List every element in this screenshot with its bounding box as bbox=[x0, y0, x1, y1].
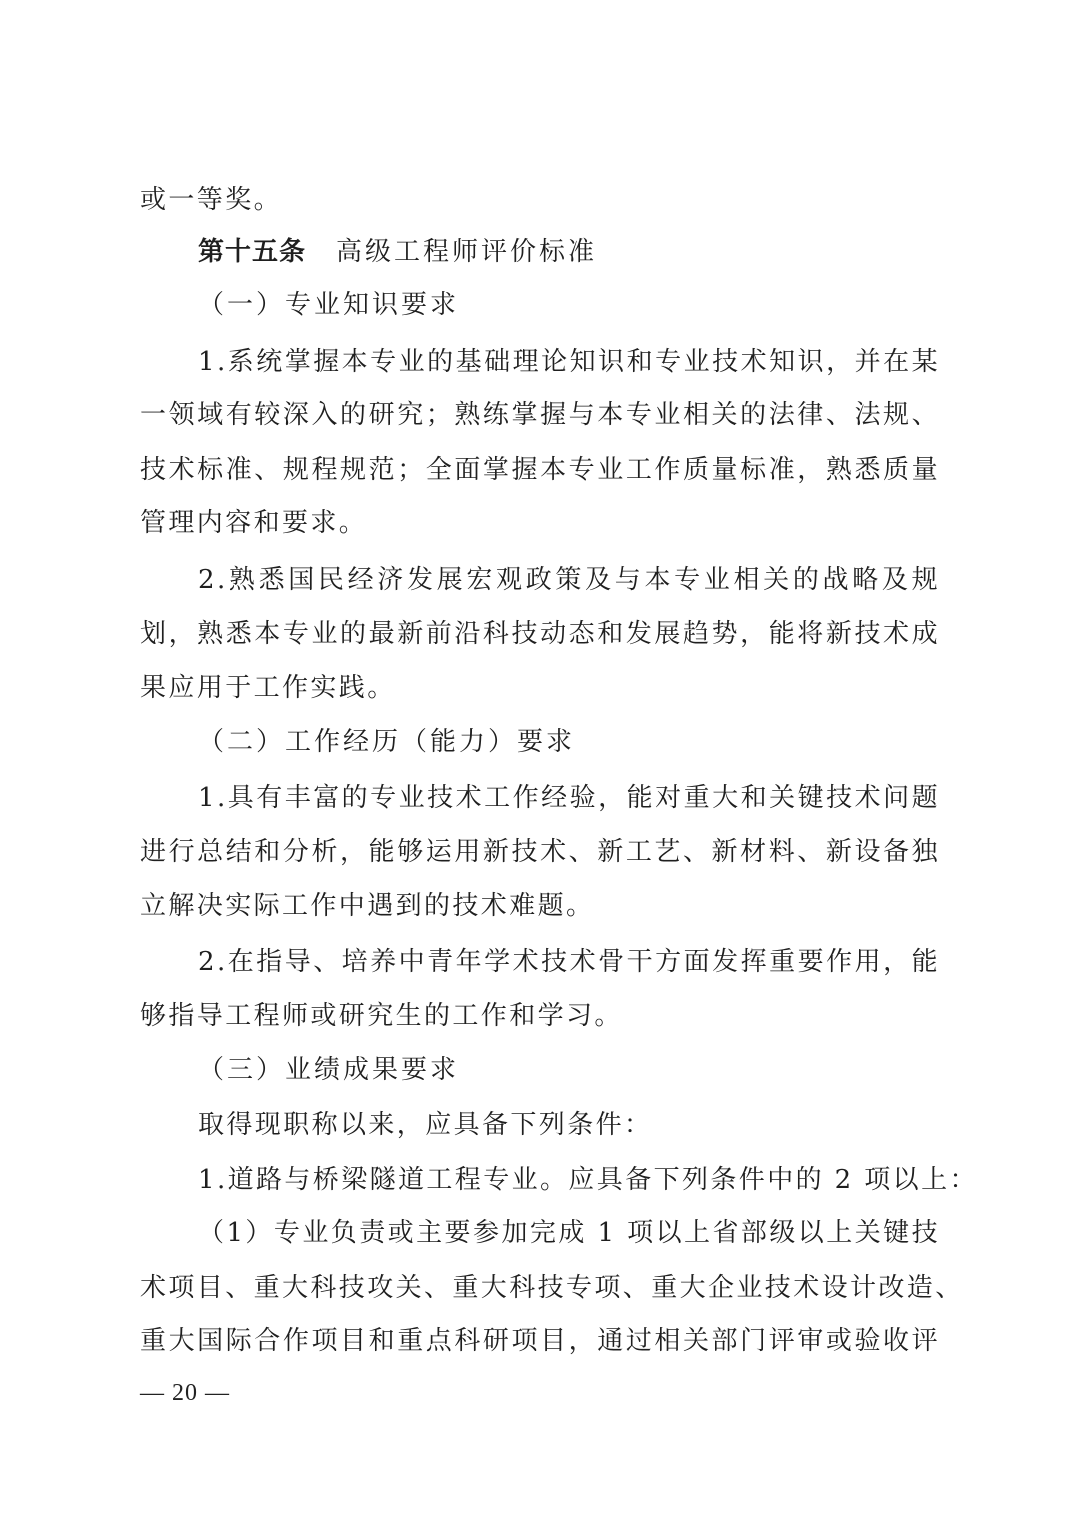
document-page: 或一等奖。 第十五条高级工程师评价标准 （一）专业知识要求 1.系统掌握本专业的… bbox=[0, 0, 1080, 1527]
section-heading-experience: （二）工作经历（能力）要求 bbox=[198, 722, 940, 762]
paragraph-line: 管理内容和要求。 bbox=[140, 503, 940, 543]
continuation-text: 或一等奖。 bbox=[140, 180, 940, 220]
paragraph-line: 1.道路与桥梁隧道工程专业。应具备下列条件中的 2 项以上： bbox=[198, 1160, 940, 1200]
section-intro: 取得现职称以来，应具备下列条件： bbox=[198, 1105, 940, 1145]
paragraph-line: 划，熟悉本专业的最新前沿科技动态和发展趋势，能将新技术成 bbox=[140, 614, 940, 654]
paragraph-line: 技术标准、规程规范；全面掌握本专业工作质量标准，熟悉质量 bbox=[140, 450, 940, 490]
paragraph-line: 重大国际合作项目和重点科研项目，通过相关部门评审或验收评 bbox=[140, 1321, 940, 1361]
page-number: — 20 — bbox=[140, 1375, 230, 1411]
paragraph-line: 2.熟悉国民经济发展宏观政策及与本专业相关的战略及规 bbox=[198, 560, 940, 600]
paragraph-line: 果应用于工作实践。 bbox=[140, 668, 940, 708]
paragraph-line: 够指导工程师或研究生的工作和学习。 bbox=[140, 996, 940, 1036]
paragraph-line: 2.在指导、培养中青年学术技术骨干方面发挥重要作用，能 bbox=[198, 942, 940, 982]
paragraph-line: 一领域有较深入的研究；熟练掌握与本专业相关的法律、法规、 bbox=[140, 395, 940, 435]
section-heading-knowledge: （一）专业知识要求 bbox=[198, 285, 940, 325]
paragraph-line: 进行总结和分析，能够运用新技术、新工艺、新材料、新设备独 bbox=[140, 832, 940, 872]
paragraph-line: 1.系统掌握本专业的基础理论知识和专业技术知识，并在某 bbox=[198, 342, 940, 382]
article-title: 高级工程师评价标准 bbox=[336, 237, 597, 267]
paragraph-line: 1.具有丰富的专业技术工作经验，能对重大和关键技术问题 bbox=[198, 778, 940, 818]
paragraph-line: （1）专业负责或主要参加完成 1 项以上省部级以上关键技 bbox=[198, 1213, 940, 1253]
article-heading: 第十五条高级工程师评价标准 bbox=[198, 232, 940, 272]
section-heading-achievements: （三）业绩成果要求 bbox=[198, 1050, 940, 1090]
paragraph-line: 立解决实际工作中遇到的技术难题。 bbox=[140, 886, 940, 926]
paragraph-line: 术项目、重大科技攻关、重大科技专项、重大企业技术设计改造、 bbox=[140, 1268, 940, 1308]
article-label: 第十五条 bbox=[198, 237, 306, 267]
